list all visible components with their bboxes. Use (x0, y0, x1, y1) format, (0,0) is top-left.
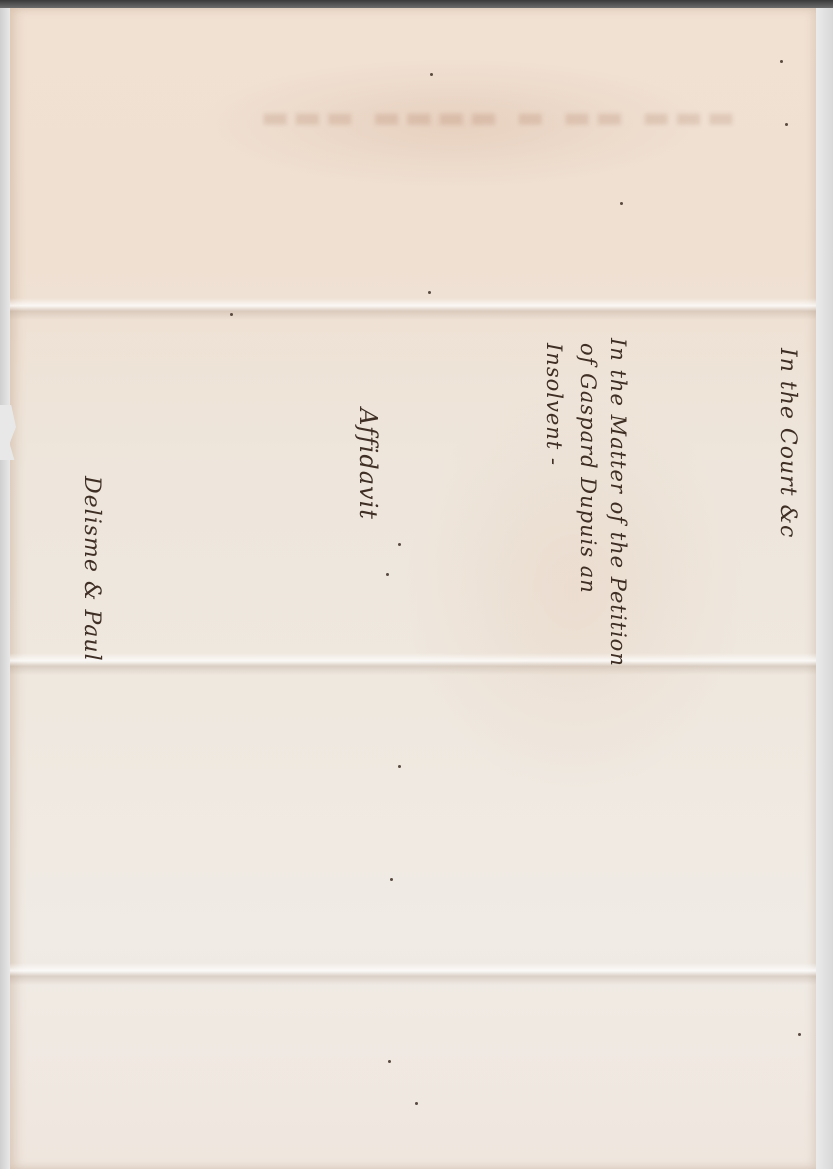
bleed-through-heading: ▬▬▬ ▬▬ ▬ ▬▬▬▬ ▬▬▬ (275, 100, 735, 140)
ink-speck (430, 73, 433, 76)
document-paper: ▬▬▬ ▬▬ ▬ ▬▬▬▬ ▬▬▬ In the Court &c In the… (10, 8, 816, 1169)
ink-speck (785, 123, 788, 126)
matter-line-2: of Gaspard Dupuis an (576, 343, 600, 594)
ink-speck (780, 60, 783, 63)
ink-speck (398, 543, 401, 546)
ink-speck (386, 573, 389, 576)
fold-line-1 (10, 298, 816, 320)
ink-speck (388, 1060, 391, 1063)
matter-line-1: In the Matter of the Petition (606, 338, 630, 667)
ink-speck (390, 878, 393, 881)
fold-line-3 (10, 963, 816, 985)
document-title: Affidavit (354, 408, 382, 520)
fold-line-2 (10, 653, 816, 675)
ink-speck (620, 202, 623, 205)
court-line: In the Court &c (775, 348, 800, 538)
scan-right-margin (813, 8, 833, 1169)
ink-speck (230, 313, 233, 316)
ink-speck (428, 291, 431, 294)
scan-top-edge (0, 0, 833, 8)
attorneys-signature: Delisme & Paul (79, 476, 104, 662)
ink-speck (398, 765, 401, 768)
ink-speck (415, 1102, 418, 1105)
ink-speck (798, 1033, 801, 1036)
matter-line-3: Insolvent - (542, 343, 566, 466)
